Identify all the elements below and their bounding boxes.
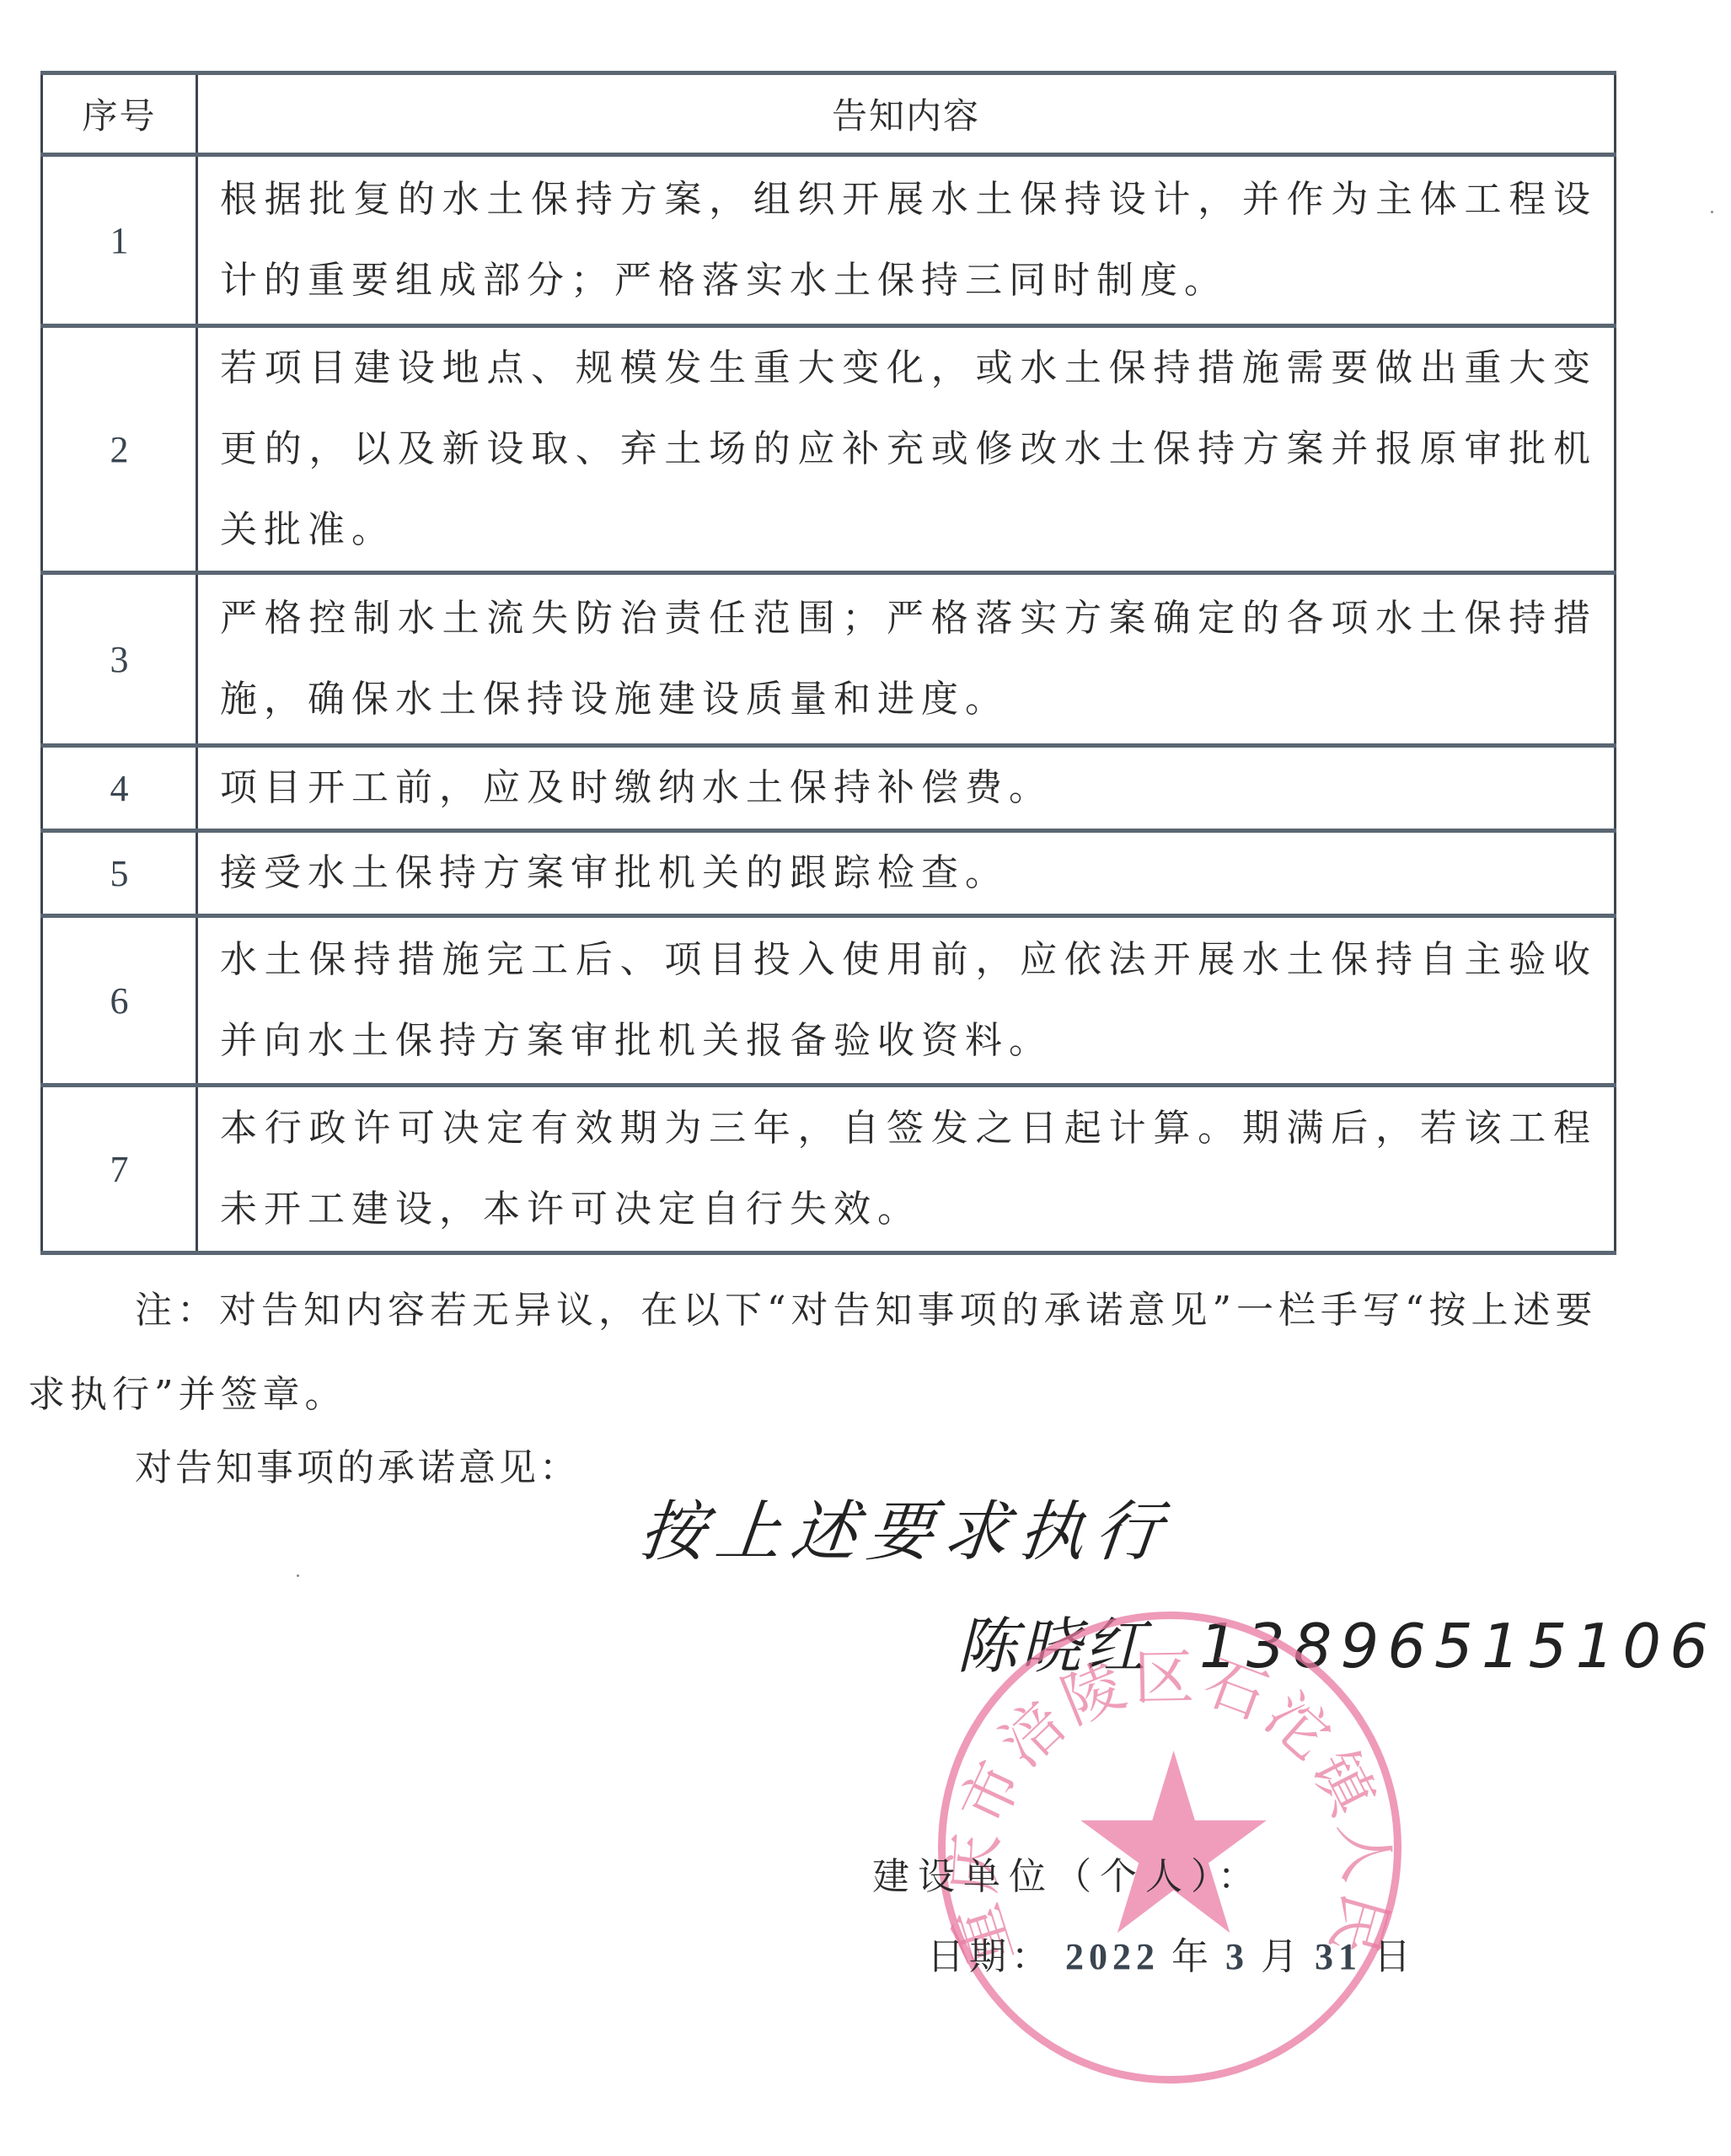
date-day-unit: 日 (1374, 1935, 1416, 1978)
scan-speck (1711, 211, 1713, 213)
row-number: 2 (42, 326, 197, 573)
date-day: 31 (1315, 1936, 1362, 1977)
date-line: 日期：2022年3月31日 (927, 1926, 1416, 1980)
notice-document-page: 序号 告知内容 1 根据批复的水土保持方案，组织开展水土保持设计，并作为主体工程… (0, 0, 1731, 2156)
row-number: 3 (42, 573, 197, 746)
signature-phone: 13896515106 (1199, 1611, 1717, 1681)
row-number: 1 (42, 155, 197, 326)
table-row: 5 接受水土保持方案审批机关的跟踪检查。 (42, 831, 1616, 916)
date-month-unit: 月 (1261, 1935, 1303, 1978)
row-number: 7 (42, 1086, 197, 1253)
handwritten-signature: 陈晓红13896515106 (957, 1597, 1717, 1685)
date-month: 3 (1225, 1936, 1249, 1977)
date-label: 日期： (927, 1935, 1053, 1978)
note-paragraph: 注：对告知内容若无异议，在以下“对告知事项的承诺意见”一栏手写“按上述要求执行”… (28, 1268, 1612, 1437)
row-content: 根据批复的水土保持方案，组织开展水土保持设计，并作为主体工程设计的重要组成部分；… (197, 155, 1616, 326)
date-year-unit: 年 (1171, 1935, 1214, 1978)
row-content: 水土保持措施完工后、项目投入使用前，应依法开展水土保持自主验收并向水土保持方案审… (197, 916, 1616, 1086)
row-number: 4 (42, 746, 197, 831)
table-row: 1 根据批复的水土保持方案，组织开展水土保持设计，并作为主体工程设计的重要组成部… (42, 155, 1616, 326)
table-row: 2 若项目建设地点、规模发生重大变化，或水土保持措施需要做出重大变更的，以及新设… (42, 326, 1616, 573)
table-row: 3 严格控制水土流失防治责任范围；严格落实方案确定的各项水土保持措施，确保水土保… (42, 573, 1616, 746)
row-content: 若项目建设地点、规模发生重大变化，或水土保持措施需要做出重大变更的，以及新设取、… (197, 326, 1616, 573)
table-header-row: 序号 告知内容 (42, 73, 1616, 155)
header-notice-content: 告知内容 (197, 73, 1616, 155)
row-number: 5 (42, 831, 197, 916)
date-year: 2022 (1065, 1936, 1160, 1977)
row-content: 严格控制水土流失防治责任范围；严格落实方案确定的各项水土保持措施，确保水土保持设… (197, 573, 1616, 746)
header-serial-number: 序号 (42, 73, 197, 155)
row-content: 项目开工前，应及时缴纳水土保持补偿费。 (197, 746, 1616, 831)
scan-speck (297, 1574, 299, 1577)
row-content: 本行政许可决定有效期为三年，自签发之日起计算。期满后，若该工程未开工建设，本许可… (197, 1086, 1616, 1253)
table-row: 4 项目开工前，应及时缴纳水土保持补偿费。 (42, 746, 1616, 831)
row-content: 接受水土保持方案审批机关的跟踪检查。 (197, 831, 1616, 916)
handwritten-commitment-text: 按上述要求执行 (635, 1479, 1176, 1574)
table-row: 7 本行政许可决定有效期为三年，自签发之日起计算。期满后，若该工程未开工建设，本… (42, 1086, 1616, 1253)
star-icon (1077, 1746, 1271, 1940)
signature-name: 陈晓红 (957, 1611, 1149, 1681)
table-row: 6 水土保持措施完工后、项目投入使用前，应依法开展水土保持自主验收并向水土保持方… (42, 916, 1616, 1086)
construction-unit-label: 建设单位（个人）： (872, 1846, 1263, 1900)
row-number: 6 (42, 916, 197, 1086)
notice-table: 序号 告知内容 1 根据批复的水土保持方案，组织开展水土保持设计，并作为主体工程… (40, 71, 1616, 1255)
commitment-opinion-label: 对告知事项的承诺意见： (135, 1437, 580, 1491)
